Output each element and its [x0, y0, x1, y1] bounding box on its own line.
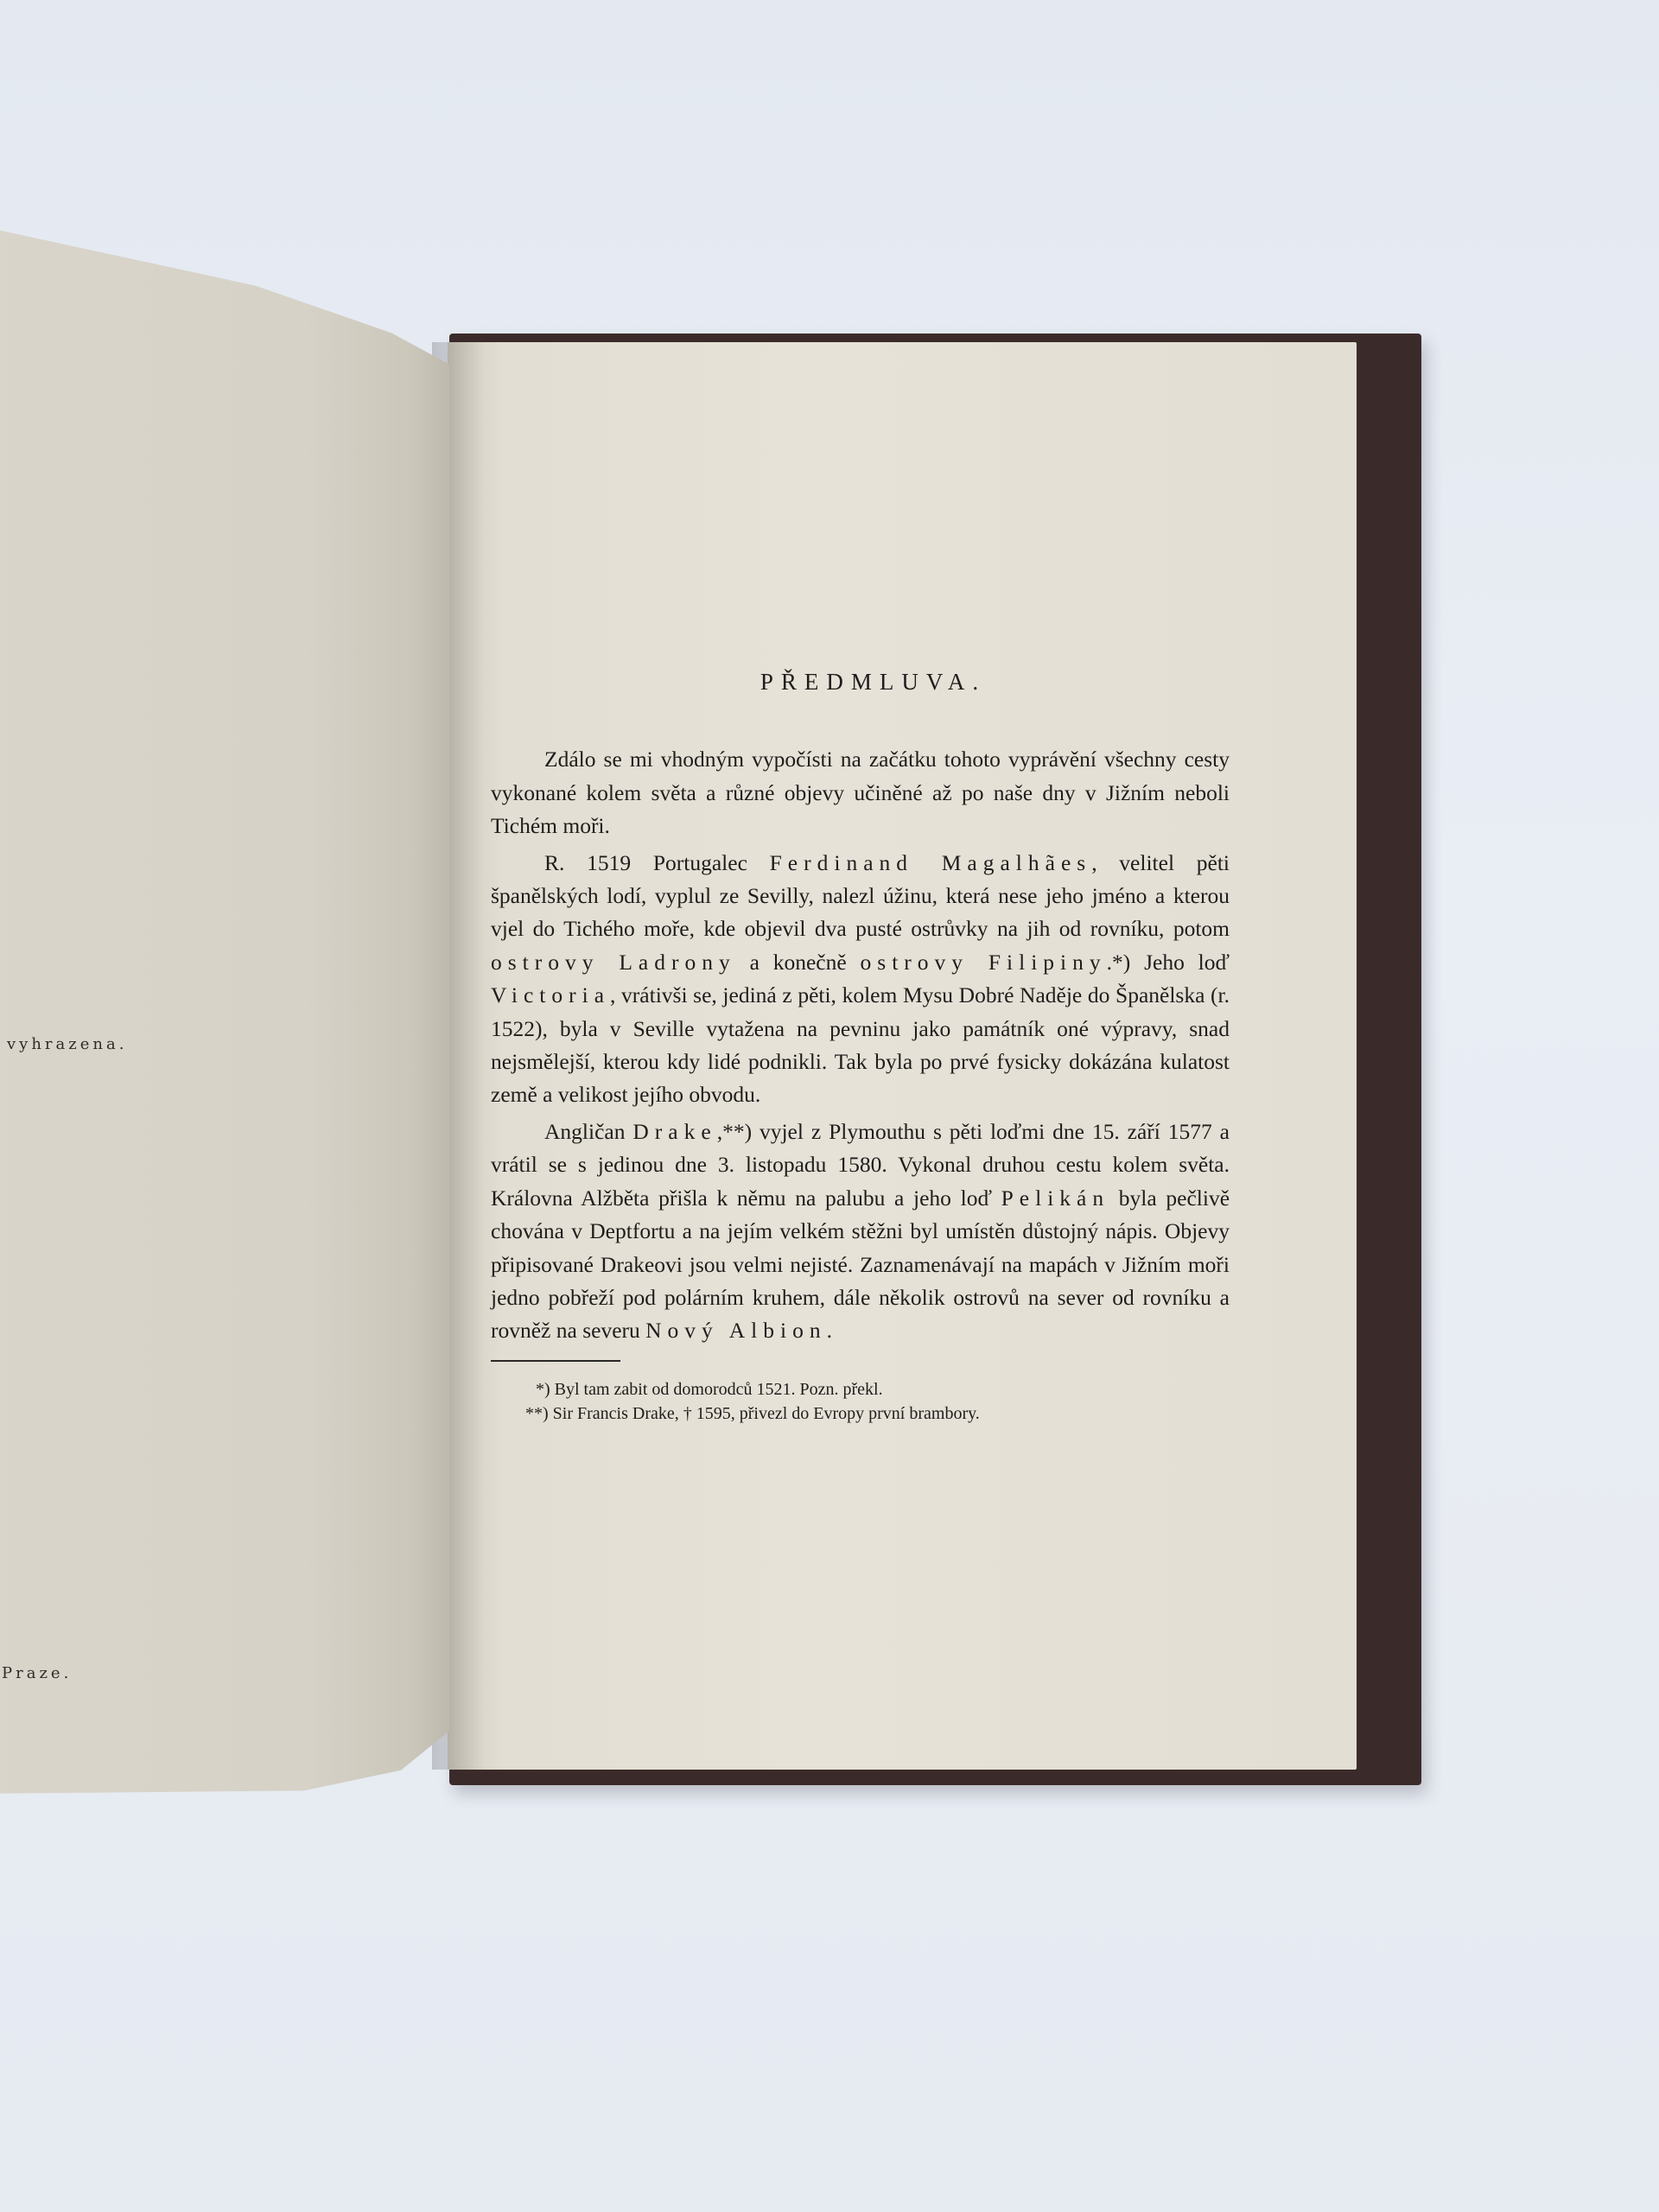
left-page	[0, 223, 449, 1794]
spaced-name-pelikan: Pelikán	[1001, 1185, 1110, 1211]
page-title: PŘEDMLUVA.	[491, 665, 1230, 698]
footnote-2: **) Sir Francis Drake, † 1595, přivezl d…	[491, 1402, 1230, 1426]
left-page-fragment-city: Praze.	[2, 1664, 72, 1682]
footnote-divider	[491, 1360, 620, 1362]
spaced-name-drake: Drake	[632, 1119, 716, 1144]
paragraph-drake: Angličan Drake,**) vyjel z Plymouthu s p…	[491, 1116, 1230, 1348]
spaced-name-ladrony: ostrovy Ladrony	[491, 950, 736, 975]
paragraph-intro: Zdálo se mi vhodným vypočísti na začátku…	[491, 743, 1230, 842]
spaced-name-filipiny: ostrovy Filipiny	[861, 950, 1107, 975]
text: R. 1519 Portugalec	[544, 850, 770, 875]
left-page-fragment-reserved: vyhrazena.	[7, 1035, 127, 1053]
page-content: PŘEDMLUVA. Zdálo se mi vhodným vypočísti…	[491, 665, 1230, 1426]
footnote-1: *) Byl tam zabit od domorodců 1521. Pozn…	[491, 1377, 1230, 1402]
text: a konečně	[736, 950, 861, 975]
text: Angličan	[544, 1119, 632, 1144]
spaced-name-magalhaes: Ferdinand Magalhães	[770, 850, 1092, 875]
spaced-name-novy-albion: Nový Albion	[645, 1318, 826, 1343]
spaced-name-victoria: Victoria	[491, 982, 610, 1007]
paragraph-magalhaes: R. 1519 Portugalec Ferdinand Magalhães, …	[491, 847, 1230, 1112]
text: .*) Jeho loď	[1107, 950, 1230, 975]
text: .	[827, 1318, 832, 1343]
